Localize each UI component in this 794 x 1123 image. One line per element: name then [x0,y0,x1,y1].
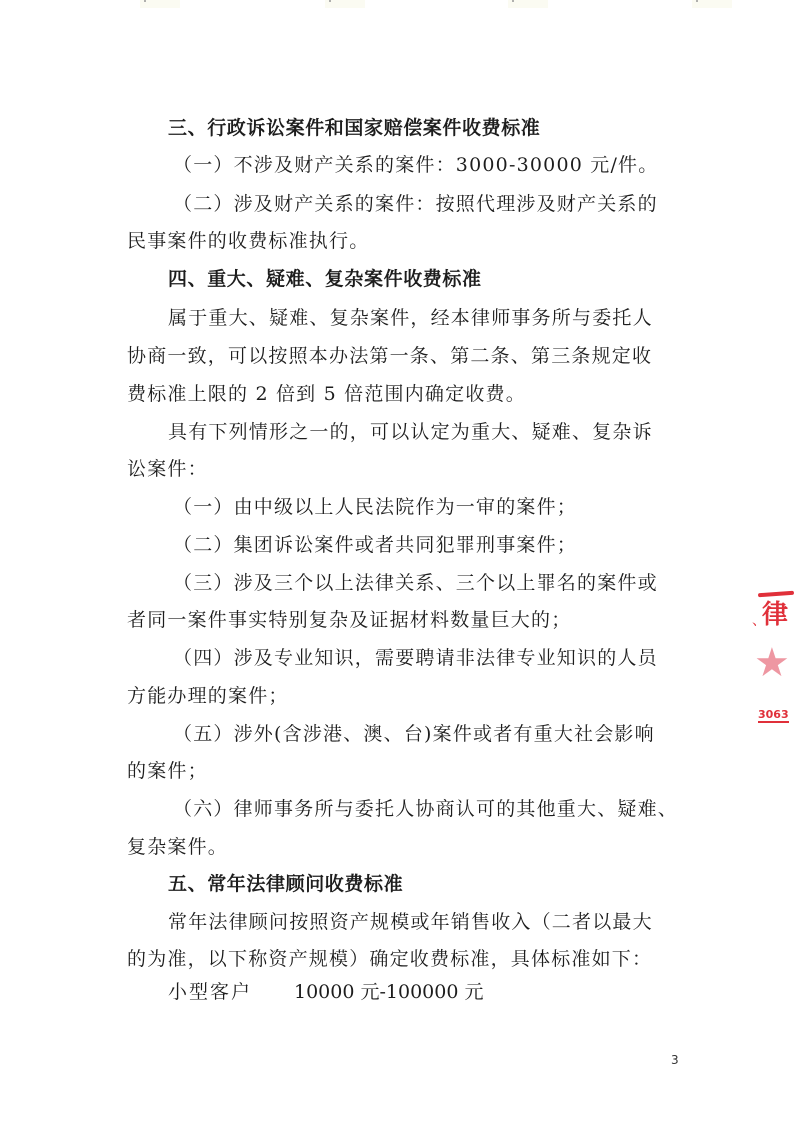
section-5-heading: 五、常年法律顾问收费标准 [168,869,728,899]
section-4-para-1: 属于重大、疑难、复杂案件，经本律师事务所与委托人 [168,303,728,333]
scan-binding-marks [0,0,794,12]
list-item-6: （六）律师事务所与委托人协商认可的其他重大、疑难、 [173,794,733,824]
binding-mark [692,0,732,8]
section-4-heading: 四、重大、疑难、复杂案件收费标准 [168,264,728,294]
page-number: 3 [671,1053,679,1067]
list-item-1: （一）由中级以上人民法院作为一审的案件； [173,492,733,522]
fee-range: 10000 元-100000 元 [294,981,483,1003]
section-3-item-2-cont: 民事案件的收费标准执行。 [127,226,687,256]
law-firm-seal: 、 律 ★ 3063 [744,580,794,740]
list-item-4: （四）涉及专业知识，需要聘请非法律专业知识的人员 [173,643,733,673]
list-item-6-cont: 复杂案件。 [127,832,687,862]
binding-mark [325,0,365,8]
list-item-5: （五）涉外(含涉港、澳、台)案件或者有重大社会影响 [173,719,733,749]
section-3-item-2: （二）涉及财产关系的案件：按照代理涉及财产关系的 [173,189,733,219]
list-item-2: （二）集团诉讼案件或者共同犯罪刑事案件； [173,530,733,560]
star-icon: ★ [754,640,790,686]
binding-mark [508,0,548,8]
list-item-4-cont: 方能办理的案件； [127,681,687,711]
list-item-3: （三）涉及三个以上法律关系、三个以上罪名的案件或 [173,568,733,598]
section-5-para: 常年法律顾问按照资产规模或年销售收入（二者以最大 [168,907,728,937]
section-3-item-1: （一）不涉及财产关系的案件：3000-30000 元/件。 [173,150,733,180]
document-page: 三、行政诉讼案件和国家赔偿案件收费标准 （一）不涉及财产关系的案件：3000-3… [0,0,794,1123]
list-item-3-cont: 者同一案件事实特别复杂及证据材料数量巨大的； [127,605,687,635]
seal-character: 律 [762,594,788,631]
section-4-para-1-cont: 协商一致，可以按照本办法第一条、第二条、第三条规定收 [127,341,687,371]
seal-number: 3063 [758,708,789,723]
binding-mark [140,0,180,8]
fee-row-small-client: 小型客户10000 元-100000 元 [168,977,483,1007]
section-3-heading: 三、行政诉讼案件和国家赔偿案件收费标准 [168,113,728,143]
list-item-5-cont: 的案件； [127,756,687,786]
section-4-para-2: 具有下列情形之一的，可以认定为重大、疑难、复杂诉 [168,417,728,447]
section-5-para-cont: 的为准，以下称资产规模）确定收费标准，具体标准如下： [127,944,687,974]
fee-label: 小型客户 [168,977,294,1007]
section-4-para-1-cont2: 费标准上限的 2 倍到 5 倍范围内确定收费。 [127,379,687,409]
section-4-para-2-cont: 讼案件： [127,454,687,484]
